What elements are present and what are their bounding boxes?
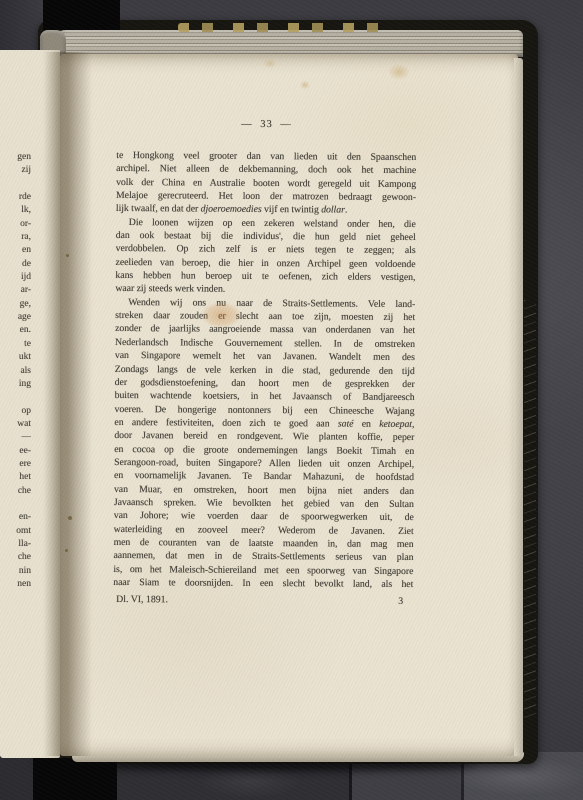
facing-text-fragment: rde <box>0 191 31 204</box>
top-black-gap <box>43 0 120 30</box>
stain-blob-top-center <box>298 79 312 91</box>
facing-text-fragment: ar- <box>0 284 31 297</box>
facing-text-fragment: en. <box>0 324 31 337</box>
stain-blob-large <box>195 298 247 332</box>
stain-blob-top-left <box>261 57 279 70</box>
page-right-edge <box>514 58 523 756</box>
facing-text-fragment: op <box>0 405 31 418</box>
text-line: naar Siam te doorsnijden. In een slecht … <box>113 576 413 591</box>
footer-volume-label: Dl. VI, 1891. <box>116 593 168 606</box>
facing-text-fragment: che <box>0 485 31 498</box>
facing-text-fragment: age <box>0 311 31 324</box>
ink-speck <box>68 516 72 520</box>
facing-text-fragment <box>0 498 31 511</box>
facing-text-fragment: nen <box>0 578 31 591</box>
facing-text-fragment: zij <box>0 164 31 177</box>
facing-text-fragment: — <box>0 431 31 444</box>
facing-text-fragment: nin <box>0 565 31 578</box>
text-line: van Singapore wemelt het van Javanen. Wa… <box>115 349 415 364</box>
body-text: te Hongkong veel grooter dan van lieden … <box>113 149 416 591</box>
page-footer: Dl. VI, 1891. 3 <box>113 593 413 608</box>
facing-text-fragment: lk, <box>0 204 31 217</box>
bottom-black-gap <box>33 758 117 800</box>
facing-text-fragment: ing <box>0 378 31 391</box>
gutter-shadow <box>44 52 92 756</box>
facing-text-fragment: ere <box>0 458 31 471</box>
facing-text-fragment: en <box>0 244 31 257</box>
facing-text-fragment: ge, <box>0 298 31 311</box>
stain-blob-top-right <box>384 61 414 83</box>
facing-text-fragment: ukt <box>0 351 31 364</box>
facing-text-fragment: de <box>0 258 31 271</box>
facing-text-fragment: te <box>0 338 31 351</box>
footer-signature-number: 3 <box>398 595 403 608</box>
facing-page-fragments: genzij rdelk,or-ra,endeijdar-ge,ageen.te… <box>0 151 31 591</box>
facing-text-fragment: en- <box>0 511 31 524</box>
facing-text-fragment <box>0 391 31 404</box>
scanned-book-photo: genzij rdelk,or-ra,endeijdar-ge,ageen.te… <box>0 0 583 800</box>
facing-text-fragment: che <box>0 551 31 564</box>
facing-text-fragment: omt <box>0 525 31 538</box>
facing-text-fragment: lla- <box>0 538 31 551</box>
ink-speck <box>66 254 69 257</box>
printed-text-area: — 33 — te Hongkong veel grooter dan van … <box>113 53 417 608</box>
facing-text-fragment: ra, <box>0 231 31 244</box>
page-number: — 33 — <box>116 117 416 133</box>
ink-speck <box>65 549 68 552</box>
facing-text-fragment: ee- <box>0 445 31 458</box>
facing-text-fragment: het <box>0 471 31 484</box>
top-edge-damage-spots <box>178 23 390 32</box>
facing-text-fragment: or- <box>0 218 31 231</box>
facing-text-fragment: wat <box>0 418 31 431</box>
facing-text-fragment: gen <box>0 151 31 164</box>
cover-marbling-texture <box>524 300 536 720</box>
facing-text-fragment: als <box>0 365 31 378</box>
facing-text-fragment: ijd <box>0 271 31 284</box>
facing-text-fragment <box>0 178 31 191</box>
